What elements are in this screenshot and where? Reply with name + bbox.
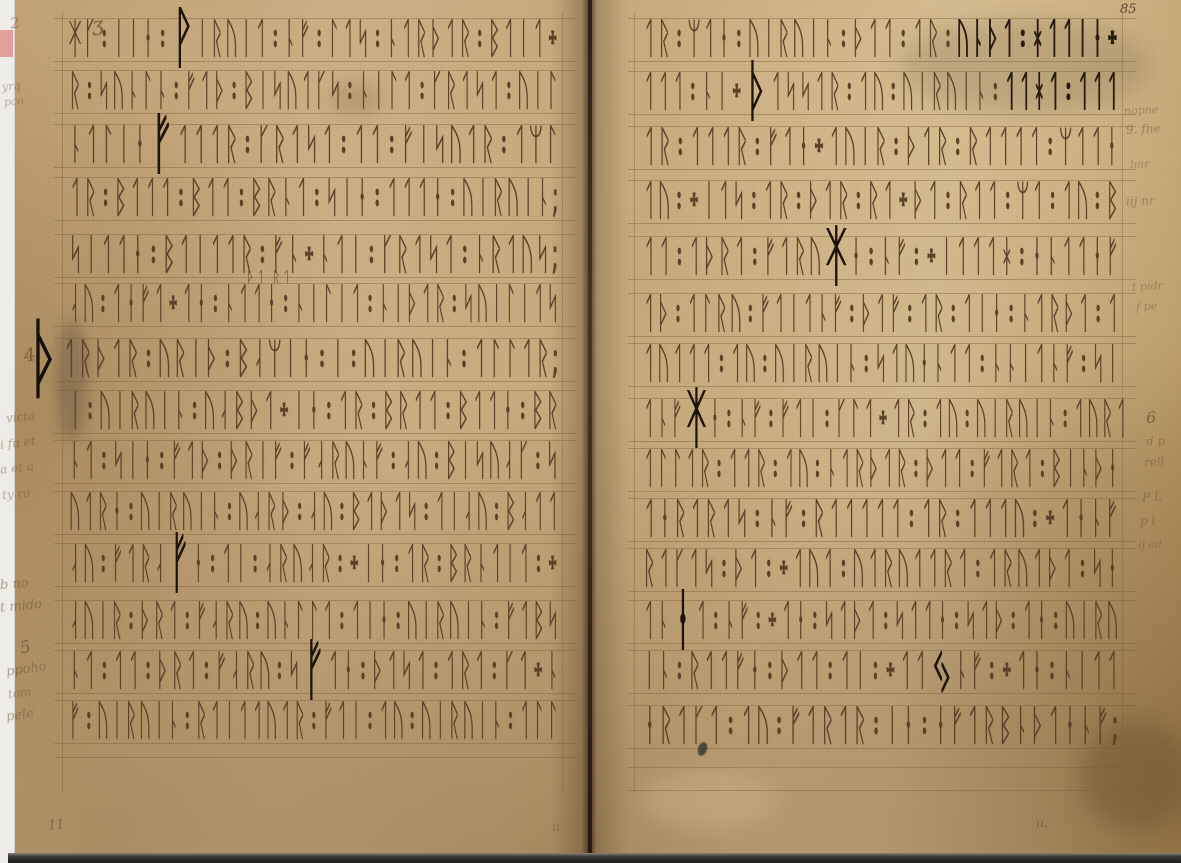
retraced-runes: ᚢᚿᚦᛐ᛬ᚼᛐᛐᛁᛂ᛭ — [956, 15, 1120, 63]
rune-segment: ᛐᛚᛚᛐᚱ᛬ᛐᛐᚱ᛬ᛐᚢ᛬ᚿᛐᚱᚦᛐᚱ᛬ᚦᛐᛐ᛬ᚠᛐᚱᛐ᛬ᛒᛁᚿᚦᛂ — [642, 445, 1120, 493]
rune-text-line: ᛐᛐᛐ᛬ᚿᛁ᛭ᚦᛐᛋᛋᛐᚱ᛬ᛐᚢ᛬ᚢᛁᚱᚢᛁᚿ᛬ᛐᛐᚼᛐ᛬ᛐᛐᛐ — [628, 71, 1136, 115]
illuminated-initial: ᚠ — [168, 522, 190, 602]
rune-text: ᛆᚢ᛬ᛐᛂᚠᛐ᛭ᛐᛂ᛬ᚿᛐᛐᛂ᛬ᚿᛁᛚᛁᛐ᛬ᚿᛁᚦᛐᚱ᛬ᛋᚢᛁᛚᛁᛐᛋ — [68, 280, 560, 330]
illuminated-initial: ᛡ — [824, 215, 847, 295]
empty-ruling-line — [628, 767, 1136, 768]
rune-text: ᛆᚢ᛬ᚠᛐᚱᛆᚠᛂ᛬ᛐᛁ᛬ᛆᚱᚢᛆᚱ᛬᛭ᛁᛂ᛬ᛐᚱ᛬ᛒᚱᚿᛐᛁᛐ᛬᛭ — [68, 540, 560, 590]
rune-segment: ᛋᛁᛐᛐᛂ᛬ᛒᛐᛁᛐᛐᚱ᛬ᚠᚿ᛭ᚿᛐᛁ᛬ᚴᚱᛐᛋᛐ᛬ᚿᚱᛐᚢᛋ; — [68, 231, 560, 279]
rune-segment: ᚿᛐᛚᛁᛂ — [68, 121, 148, 169]
illuminated-initial: ᚹ — [171, 0, 193, 77]
pink-bookmark-tab — [0, 30, 13, 57]
rune-segment: ᚿᚠ᛬᛭ᛐᛂ᛬ᚿᛁᛐᛐ — [954, 647, 1120, 695]
rune-segment: ᚱ᛬ᛋᚢᚿᛚᚿ᛬ᚠᛐᚦ᛬ᛒᛁᛋᚢᛐᚴᛋ᛬ᚿᛁᛚᛐ᛬ᚴᚱᛐᛋᛐ᛬ᚢᛁᛚ — [68, 67, 560, 115]
rune-text-line: ᛆᚢ᛬ᛐᛂᚠᛐ᛭ᛐᛂ᛬ᚿᛐᛐᛂ᛬ᚿᛁᛚᛁᛐ᛬ᚿᛁᚦᛐᚱ᛬ᛋᚢᛁᛚᛁᛐᛋ — [54, 283, 576, 327]
rune-text: ᛐᚱ᛬ᛐᛐᛐᚱ᛬ᚠᛐᛂ᛭ᛐᚢᛁᚱ᛬ᚦᛐᚱ᛬ᚱᛐᛐᛐᛐ᛬ᛘᛐᛐᛂ — [642, 123, 1120, 173]
scan-edge-strip — [0, 0, 15, 863]
rune-text: ᚱᛐᚴᛐᛋ᛬ᚦᛐ᛬᛭ᛐᚢᛐ᛬ᚢᛐᚱᚢᛐᛐᚱᛐ᛬ᛐᚱᚢᛐᚦᛐ᛬ᛋᛂ — [642, 545, 1120, 595]
rune-text-line: ᚢᛐᚱᛂ᛬ᚢᛁᚱᚢᛁᚿ᛬ᚢᛆᚱᚦ᛬ᛆᚢ᛬ᛒᛐᚦᛐᛋ᛬ᛐᛁᛆᚢ᛬ᛒᛆᛐᛐ — [54, 491, 576, 535]
rune-text-line: ᚱᛐᚴᛐᛋ᛬ᚦᛐ᛬᛭ᛐᚢᛐ᛬ᚢᛐᚱᚢᛐᛐᚱᛐ᛬ᛐᚱᚢᛐᚦᛐ᛬ᛋᛂ — [628, 548, 1136, 592]
manuscript-photo: ᛡᚴ᛬ᛁᛁᛂ᛬ᚹᛁᚱᚢᛁᛐ᛬ᚿᚠ᛬ᛚᛐᛋ᛬ᚿᛐᚱᚦᛐᚱ᛬ᛒᛐᛁᛐ᛭ᚱ᛬ᛋᚢᚿᛚᚿ… — [0, 0, 1181, 863]
rune-text: ᚱ᛬ᛋᚢᚿᛚᚿ᛬ᚠᛐᚦ᛬ᛒᛁᛋᚢᛐᚴᛋ᛬ᚿᛁᛚᛐ᛬ᚴᚱᛐᛋᛐ᛬ᚢᛁᛚ — [68, 67, 560, 117]
rune-text: ᛐᛂᚱᛐᚱᛐᛋ᛬ᚿᚠ᛬ᚱᛐᛐᛐᛐᛐ᛬ᛐᚱ᛬ᛐᛐᛐᚢ᛬᛭ᛐᛂᚿᚠ — [642, 495, 1120, 545]
rune-segment: ᛆᚢ᛬ᛐᛂᚠᛐ᛭ᛐᛂ᛬ᚿᛐᛐᛂ᛬ᚿᛁᛚᛁᛐ᛬ᚿᛁᚦᛐᚱ᛬ᛋᚢᛁᛚᛁᛐᛋ — [68, 280, 560, 328]
rune-text-line: ᚿᛐ᛬ᛐᛐ᛬ᚦᚱᛐ᛬ᚠᛆᚱᚢ᛬ᛋᚠᛐᛂ᛬ᚦᛐᛋᛐ᛬ᛐᚱᛐ᛬ᚴᛐ᛭ᚿ — [54, 650, 576, 694]
rune-segment: ᛐᛂ᛬ᚦᛐᛋᛐ᛬ᛐᚱᛐ᛬ᚴᛐ᛭ᚿ — [327, 647, 561, 695]
empty-ruling-line — [54, 757, 576, 758]
rune-text-line: ᚿᛐᛚᛁᛂᚠᛐᛐᛐᚱ᛬ᚴᚱᛐᛋᛐ᛬ᛐᛐ᛬ᚠᛁᛋᚢᛐᚱ᛬ᛐᛘᛚ — [54, 124, 576, 168]
rune-text: ᛡᚴ᛬ᛁᛁᛂ᛬ᚹᛁᚱᚢᛁᛐ᛬ᚿᚠ᛬ᛚᛐᛋ᛬ᚿᛐᚱᚦᛐᚱ᛬ᛒᛐᛁᛐ᛭ — [68, 15, 560, 65]
rune-segment: ᛐᚿᚠ — [642, 395, 684, 443]
rune-segment: ᛐᚿ — [642, 597, 670, 645]
rune-text: ᚿᛐ᛬ᛋᛁᛂ᛬ᚠᛐᚦ᛬ᚦᚱᛁᚠ᛬ᚠᛆᚱᚢᚿᚠ᛬ᛆᚢ᛬ᛒᛁᛋᚢᛆᚴ᛬ᛋ — [68, 437, 560, 487]
rune-text-line: ᛐᛚᛚᛐᚱ᛬ᛐᛐᚱ᛬ᛐᚢ᛬ᚿᛐᚱᚦᛐᚱ᛬ᚦᛐᛐ᛬ᚠᛐᚱᛐ᛬ᛒᛁᚿᚦᛂ — [628, 448, 1136, 492]
rune-segment: ᚠ᛬ᚢᛁᚱᚢᛁᚿ᛬ᚱᛐᛁᛐᛐᚢᛐᚱ᛬ᚠᛐᛁ᛬ᛐᚢ᛬ᚢᛁᚱᚢᛁᚿ᛬ᛐᛚᛚ — [68, 697, 560, 745]
rune-text-line: ᛋᛁᛐᛐᛂ᛬ᛒᛐᛁᛐᛐᚱ᛬ᚠᚿ᛭ᚿᛐᛁ᛬ᚴᚱᛐᛋᛐ᛬ᚿᚱᛐᚢᛋ; — [54, 234, 576, 278]
rune-text-line: ᛆᚢ᛬ᚠᛐᚱᛆᚠᛂ᛬ᛐᛁ᛬ᛆᚱᚢᛆᚱ᛬᛭ᛁᛂ᛬ᛐᚱ᛬ᛒᚱᚿᛐᛁᛐ᛬᛭ — [54, 543, 576, 587]
interline-correction-runes: ᚦᛐ ᚱᛐ — [246, 268, 292, 286]
rune-segment: ᛡᚴ᛬ᛁᛁᛂ᛬ — [68, 15, 170, 63]
rune-segment: ᚱᛐᚴᛐᛋ᛬ᚦᛐ᛬᛭ᛐᚢᛐ᛬ᚢᛐᚱᚢᛐᛐᚱᛐ᛬ᛐᚱᚢᛐᚦᛐ᛬ᛋᛂ — [642, 545, 1120, 593]
rune-segment: ᛐᛐ᛬ᛐᚦᚱᛐ᛬ᚠᛐᚱᚢ — [642, 233, 823, 281]
book-gutter-fold-line — [588, 0, 592, 855]
rune-text-line: ᛐᚱ᛬ᛒᛐᛐᛐ᛬ᛒᛐᛐ᛬ᛒᚱᚿᛐ᛬ᛋᛁᛂ᛬ᛐᛐᛐᛂ᛬ᚢᛁᚱᚢᛁᚿ; — [54, 177, 576, 221]
rune-text-line: ᛡᚴ᛬ᛁᛁᛂ᛬ᚹᛁᚱᚢᛁᛐ᛬ᚿᚠ᛬ᛚᛐᛋ᛬ᚿᛐᚱᚦᛐᚱ᛬ᛒᛐᛁᛐ᛭ — [54, 18, 576, 62]
rune-text-line: ᛐᚱ᛬ᛐᛐᛐᚱ᛬ᚠᛐᛂ᛭ᛐᚢᛁᚱ᛬ᚦᛐᚱ᛬ᚱᛐᛐᛐᛐ᛬ᛘᛐᛐᛂ — [628, 126, 1136, 170]
rune-segment: ᛐᚱ᛬ᛘᛐᛂ᛬ᚢᛁᚱᚢᛁᚿ᛬ᚦᛐᛐ᛬ᛐᚱ᛬ — [642, 15, 956, 63]
rune-text: ᛂᚱᛐᚴᛐ᛬ᛐᚢ᛬ᚠᛐᚱᛐᚱ᛬ᛁᛂ᛬ᛂᚠᛐᚱᛒᚿᚦᛐᛂᚿᚠ; — [642, 702, 1120, 752]
empty-ruling-line — [628, 790, 1136, 791]
rune-segment: ᛐᛂᚱᛐᚱᛐᛋ᛬ᚿᚠ᛬ᚱᛐᛐᛐᛐᛐ᛬ᛐᚱ᛬ᛐᛐᛐᚢ᛬᛭ᛐᛂᚿᚠ — [642, 495, 1120, 543]
rune-text: ᛐᛚᛚᛐᚱ᛬ᛐᛐᚱ᛬ᛐᚢ᛬ᚿᛐᚱᚦᛐᚱ᛬ᚦᛐᛐ᛬ᚠᛐᚱᛐ᛬ᛒᛁᚿᚦᛂ — [642, 445, 1120, 495]
rune-segment: ᛐᚱᚦᛐᚱ᛬ᚢᚱᛁᚦ᛬ᛒᛆᛘᛁᛂ᛬ᛁ᛬ᚢᛁᚱᚢᛁᚿ᛬ᛐᛚᛚᛐᚱ; — [62, 335, 560, 383]
rune-text: ᛁᚿ᛬ᚱᛐᛐᚠᛂ᛬ᚦᛐᛐ᛬ᛐᛁ᛬᛭ᛐᛐᛃᚿᚠ᛬᛭ᛐᛂ᛬ᚿᛁᛐᛐ — [642, 647, 1120, 697]
rune-segment: ᚿᛐ᛬ᛋᛁᛂ᛬ᚠᛐᚦ᛬ᚦᚱᛁᚠ᛬ᚠᛆᚱᚢᚿᚠ᛬ᛆᚢ᛬ᛒᛁᛋᚢᛆᚴ᛬ᛋ — [68, 437, 560, 485]
rune-segment: ᛂ᛬ᚿᚠ᛬᛭ᛁᛐᛐᛐᚼ᛬ᛂᚿᛐᛐᛂᚠ — [849, 233, 1120, 281]
rune-text: ᚢᛐᚱᛂ᛬ᚢᛁᚱᚢᛁᚿ᛬ᚢᛆᚱᚦ᛬ᛆᚢ᛬ᛒᛐᚦᛐᛋ᛬ᛐᛁᛆᚢ᛬ᛒᛆᛐᛐ — [68, 488, 560, 538]
rune-segment: ᛂᚱᛐᚴᛐ᛬ᛐᚢ᛬ᚠᛐᚱᛐᚱ᛬ᛁᛂ᛬ᛂᚠᛐᚱᛒᚿᚦᛐᛂᚿᚠ; — [642, 702, 1120, 750]
rune-segment: ᛁᚱᚢᛁᛐ᛬ᚿᚠ᛬ᛚᛐᛋ᛬ᚿᛐᚱᚦᛐᚱ᛬ᛒᛐᛁᛐ᛭ — [195, 15, 560, 63]
rune-text-line: ᛁᚿ᛬ᚱᛐᛐᚠᛂ᛬ᚦᛐᛐ᛬ᛐᛁ᛬᛭ᛐᛐᛃᚿᚠ᛬᛭ᛐᛂ᛬ᚿᛁᛐᛐ — [628, 650, 1136, 694]
rune-text: ᚦᛐᚱᚦᛐᚱ᛬ᚢᚱᛁᚦ᛬ᛒᛆᛘᛁᛂ᛬ᛁ᛬ᚢᛁᚱᚢᛁᚿ᛬ᛐᛚᛚᛐᚱ; — [26, 335, 560, 385]
rune-segment: ᛐ᛬ᚿᚠ᛬᛭ᛐᛂ᛬ᛋᛐᚦᛐ᛬ᛋᛐᛐᛂ᛬ᛋᛐᚦ᛬ᛐᛂ᛬ᚢᛁᚱᚢ — [695, 597, 1120, 645]
retraced-runes: ᛐᛐᚼᛐ᛬ᛐᛐᛐ — [1003, 68, 1120, 116]
folio-number: 85 — [1120, 2, 1137, 17]
rune-text-line: ᚦᛐᚱᚦᛐᚱ᛬ᚢᚱᛁᚦ᛬ᛒᛆᛘᛁᛂ᛬ᛁ᛬ᚢᛁᚱᚢᛁᚿ᛬ᛐᛚᛚᛐᚱ; — [54, 338, 576, 382]
rune-text: ᚿᛐᛚᛁᛂᚠᛐᛐᛐᚱ᛬ᚴᚱᛐᛋᛐ᛬ᛐᛐ᛬ᚠᛁᛋᚢᛐᚱ᛬ᛐᛘᛚ — [68, 121, 560, 171]
rune-segment: ᛐᛐᛐ᛬ᚿᛁ᛭ — [642, 68, 744, 116]
rune-segment: ᛐᚱ᛬ᛐᛐᛐᚱ᛬ᚠᛐᛂ᛭ᛐᚢᛁᚱ᛬ᚦᛐᚱ᛬ᚱᛐᛐᛐᛐ᛬ᛘᛐᛐᛂ — [642, 123, 1120, 171]
rune-text-line: ᛁ᛬ᚢᛁᚱᚢᛁᚿ᛬ᚢᛆᛒᚦᛐ᛭ᛁᛂ᛬ᛐᚱ᛬ᛒᚱᛐᛐ᛬ᛒᛐᛐᛂ᛬ᛒᚱ — [54, 390, 576, 434]
rune-text: ᛐᛐᛐ᛬ᚿᛁ᛭ᚦᛐᛋᛋᛐᚱ᛬ᛐᚢ᛬ᚢᛁᚱᚢᛁᚿ᛬ᛐᛐᚼᛐ᛬ᛐᛐᛐ — [642, 68, 1120, 118]
rune-text-line: ᛐᛐ᛬ᛐᚦᚱᛐ᛬ᚠᛐᚱᚢᛡᛂ᛬ᚿᚠ᛬᛭ᛁᛐᛐᛐᚼ᛬ᛂᚿᛐᛐᛂᚠ — [628, 236, 1136, 280]
illuminated-initial: ᛃ — [930, 629, 953, 709]
rune-segment: ᚢᛐᚱᛂ᛬ᚢᛁᚱᚢᛁᚿ᛬ᚢᛆᚱᚦ᛬ᛆᚢ᛬ᛒᛐᚦᛐᛋ᛬ᛐᛁᛆᚢ᛬ᛒᛆᛐᛐ — [68, 488, 560, 536]
illuminated-initial: ᚦ — [745, 50, 767, 130]
rune-text-line: ᚱ᛬ᛋᚢᚿᛚᚿ᛬ᚠᛐᚦ᛬ᛒᛁᛋᚢᛐᚴᛋ᛬ᚿᛁᛚᛐ᛬ᚴᚱᛐᛋᛐ᛬ᚢᛁᛚ — [54, 70, 576, 114]
rune-text-line: ᛐᚿᚠᛡᛂ᛬ᚿᚠ᛬ᚠᛐᛁ᛬ᚴᛚᛐ᛭ᛐᚱ᛬ᛐᚢ᛬ᚢᛁᚱᚢᛁᚿ᛬ᛐᚢᚱᛐ — [628, 398, 1136, 442]
rune-segment: ᛐᛐᛐᚱ᛬ᚴᚱᛐᛋᛐ᛬ᛐᛐ᛬ᚠᛁᛋᚢᛐᚱ᛬ᛐᛘᛚ — [176, 121, 561, 169]
rune-text-line: ᛐᛂᚱᛐᚱᛐᛋ᛬ᚿᚠ᛬ᚱᛐᛐᛐᛐᛐ᛬ᛐᚱ᛬ᛐᛐᛐᚢ᛬᛭ᛐᛂᚿᚠ — [628, 498, 1136, 542]
rune-text-line: ᛐᚢ᛬᛭ᛁᛐᛋ᛬ᛐᚱ᛬ᚦᛐᚱ᛬ᚱᛐ᛭ᚦᛐ᛬ᚱᛐᛐ᛬ᛘᛐ᛬ᛐᚢ᛬ᛒ — [628, 180, 1136, 224]
rune-text: ᛋᛁᛐᛐᛂ᛬ᛒᛐᛁᛐᛐᚱ᛬ᚠᚿ᛭ᚿᛐᛁ᛬ᚴᚱᛐᛋᛐ᛬ᚿᚱᛐᚢᛋ; — [68, 231, 560, 281]
rune-segment: ᛂ᛬ᚿᚠ᛬ᚠᛐᛁ᛬ᚴᛚᛐ᛭ᛐᚱ᛬ᛐᚢ᛬ᚢᛁᚱᚢᛁᚿ᛬ᛐᚢᚱᛐ — [708, 395, 1128, 443]
rune-segment: ᛁ᛬ᚢᛁᚱᚢᛁᚿ᛬ᚢᛆᛒᚦᛐ᛭ᛁᛂ᛬ᛐᚱ᛬ᛒᚱᛐᛐ᛬ᛒᛐᛐᛂ᛬ᛒᚱ — [68, 387, 560, 435]
rune-text: ᛐᚱ᛬ᛒᛐᛐᛐ᛬ᛒᛐᛐ᛬ᛒᚱᚿᛐ᛬ᛋᛁᛂ᛬ᛐᛐᛐᛂ᛬ᚢᛁᚱᚢᛁᚿ; — [68, 174, 560, 224]
rune-segment: ᛐᚦ᛬ᛐᛚᚱᚢ᛬ᚠᛐᛁᛐᚿᚠ᛬ᚦᛐᚠ᛬ᛐᚱ᛬ᛐᛁᛂ᛬ᚿᛐᚱᚦᛐ᛬ᛐ — [642, 290, 1120, 338]
rune-text: ᛐᚿᛂᛐ᛬ᚿᚠ᛬᛭ᛐᛂ᛬ᛋᛐᚦᛐ᛬ᛋᛐᛐᛂ᛬ᛋᛐᚦ᛬ᛐᛂ᛬ᚢᛁᚱᚢ — [642, 597, 1120, 647]
rune-segment: ᛐᚢᛐᛐᛐ᛬ᛐᚢ᛬ᚢᛁᚱᚢᛁᚿ᛬ᛋᛐᚢᛂᚿᛐᛐ᛬ᚿᚿᛁᛐᚿᚠ᛬ᛋᛁ — [642, 340, 1120, 388]
rune-text-line: ᛐᚿᛂᛐ᛬ᚿᚠ᛬᛭ᛐᛂ᛬ᛋᛐᚦᛐ᛬ᛋᛐᛐᛂ᛬ᛋᛐᚦ᛬ᛐᛂ᛬ᚢᛁᚱᚢ — [628, 600, 1136, 644]
rune-text-line: ᛐᚱ᛬ᛘᛐᛂ᛬ᚢᛁᚱᚢᛁᚿ᛬ᚦᛐᛐ᛬ᛐᚱ᛬ᚢᚿᚦᛐ᛬ᚼᛐᛐᛁᛂ᛭ — [628, 18, 1136, 62]
rune-text-line: ᛐᚦ᛬ᛐᛚᚱᚢ᛬ᚠᛐᛁᛐᚿᚠ᛬ᚦᛐᚠ᛬ᛐᚱ᛬ᛐᛁᛂ᛬ᚿᛐᚱᚦᛐ᛬ᛐ — [628, 293, 1136, 337]
rune-segment: ᛐᚱ᛬ᛒᛐᛐᛐ᛬ᛒᛐᛐ᛬ᛒᚱᚿᛐ᛬ᛋᛁᛂ᛬ᛐᛐᛐᛂ᛬ᚢᛁᚱᚢᛁᚿ; — [68, 174, 560, 222]
rune-text: ᛁ᛬ᚢᛁᚱᚢᛁᚿ᛬ᚢᛆᛒᚦᛐ᛭ᛁᛂ᛬ᛐᚱ᛬ᛒᚱᛐᛐ᛬ᛒᛐᛐᛂ᛬ᛒᚱ — [68, 387, 560, 437]
rune-text: ᛐᚢ᛬᛭ᛁᛐᛋ᛬ᛐᚱ᛬ᚦᛐᚱ᛬ᚱᛐ᛭ᚦᛐ᛬ᚱᛐᛐ᛬ᛘᛐ᛬ᛐᚢ᛬ᛒ — [642, 177, 1120, 227]
scan-bottom-bar — [8, 853, 1181, 863]
rune-segment: ᛆᚢ᛬ᚠᛐᚱᛆ — [68, 540, 167, 588]
rune-text: ᛐᚦ᛬ᛐᛚᚱᚢ᛬ᚠᛐᛁᛐᚿᚠ᛬ᚦᛐᚠ᛬ᛐᚱ᛬ᛐᛁᛂ᛬ᚿᛐᚱᚦᛐ᛬ᛐ — [642, 290, 1120, 340]
rune-text-line: ᚠ᛬ᚢᛁᚱᚢᛁᚿ᛬ᚱᛐᛁᛐᛐᚢᛐᚱ᛬ᚠᛐᛁ᛬ᛐᚢ᛬ᚢᛁᚱᚢᛁᚿ᛬ᛐᛚᛚ — [54, 700, 576, 744]
rune-text: ᚠ᛬ᚢᛁᚱᚢᛁᚿ᛬ᚱᛐᛁᛐᛐᚢᛐᚱ᛬ᚠᛐᛁ᛬ᛐᚢ᛬ᚢᛁᚱᚢᛁᚿ᛬ᛐᛚᛚ — [68, 697, 560, 747]
rune-text-line: ᚿᛐ᛬ᛋᛁᛂ᛬ᚠᛐᚦ᛬ᚦᚱᛁᚠ᛬ᚠᛆᚱᚢᚿᚠ᛬ᛆᚢ᛬ᛒᛁᛋᚢᛆᚴ᛬ᛋ — [54, 440, 576, 484]
rune-text: ᛐᛐ᛬ᛐᚦᚱᛐ᛬ᚠᛐᚱᚢᛡᛂ᛬ᚿᚠ᛬᛭ᛁᛐᛐᛐᚼ᛬ᛂᚿᛐᛐᛂᚠ — [642, 233, 1120, 283]
illuminated-initial: ᚠ — [150, 103, 175, 183]
rune-text: ᛐᚢᛐᛐᛐ᛬ᛐᚢ᛬ᚢᛁᚱᚢᛁᚿ᛬ᛋᛐᚢᛂᚿᛐᛐ᛬ᚿᚿᛁᛐᚿᚠ᛬ᛋᛁ — [642, 340, 1120, 390]
rune-segment: ᛁᚿ᛬ᚱᛐᛐᚠᛂ᛬ᚦᛐᛐ᛬ᛐᛁ᛬᛭ᛐᛐ — [642, 647, 928, 695]
rune-segment: ᛂ᛬ᛐᛁ᛬ᛆᚱᚢᛆᚱ᛬᛭ᛁᛂ᛬ᛐᚱ᛬ᛒᚱᚿᛐᛁᛐ᛬᛭ — [192, 540, 560, 588]
rune-segment: ᛐᛋᛋᛐᚱ᛬ᛐᚢ᛬ᚢᛁᚱᚢᛁᚿ᛬ — [769, 68, 1003, 116]
rune-text: ᚿᛐ᛬ᛐᛐ᛬ᚦᚱᛐ᛬ᚠᛆᚱᚢ᛬ᛋᚠᛐᛂ᛬ᚦᛐᛋᛐ᛬ᛐᚱᛐ᛬ᚴᛐ᛭ᚿ — [68, 647, 560, 697]
rune-segment: ᚿᛐ᛬ᛐᛐ᛬ᚦᚱᛐ᛬ᚠᛆᚱᚢ᛬ᛋ — [68, 647, 302, 695]
rune-segment: ᛐᚢ᛬᛭ᛁᛐᛋ᛬ᛐᚱ᛬ᚦᛐᚱ᛬ᚱᛐ᛭ᚦᛐ᛬ᚱᛐᛐ᛬ᛘᛐ᛬ᛐᚢ᛬ᛒ — [642, 177, 1120, 225]
rune-text: ᛐᚿᚠᛡᛂ᛬ᚿᚠ᛬ᚠᛐᛁ᛬ᚴᛚᛐ᛭ᛐᚱ᛬ᛐᚢ᛬ᚢᛁᚱᚢᛁᚿ᛬ᛐᚢᚱᛐ — [642, 395, 1128, 445]
rune-text: ᛐᚱ᛬ᛘᛐᛂ᛬ᚢᛁᚱᚢᛁᚿ᛬ᚦᛐᛐ᛬ᛐᚱ᛬ᚢᚿᚦᛐ᛬ᚼᛐᛐᛁᛂ᛭ — [642, 15, 1120, 65]
